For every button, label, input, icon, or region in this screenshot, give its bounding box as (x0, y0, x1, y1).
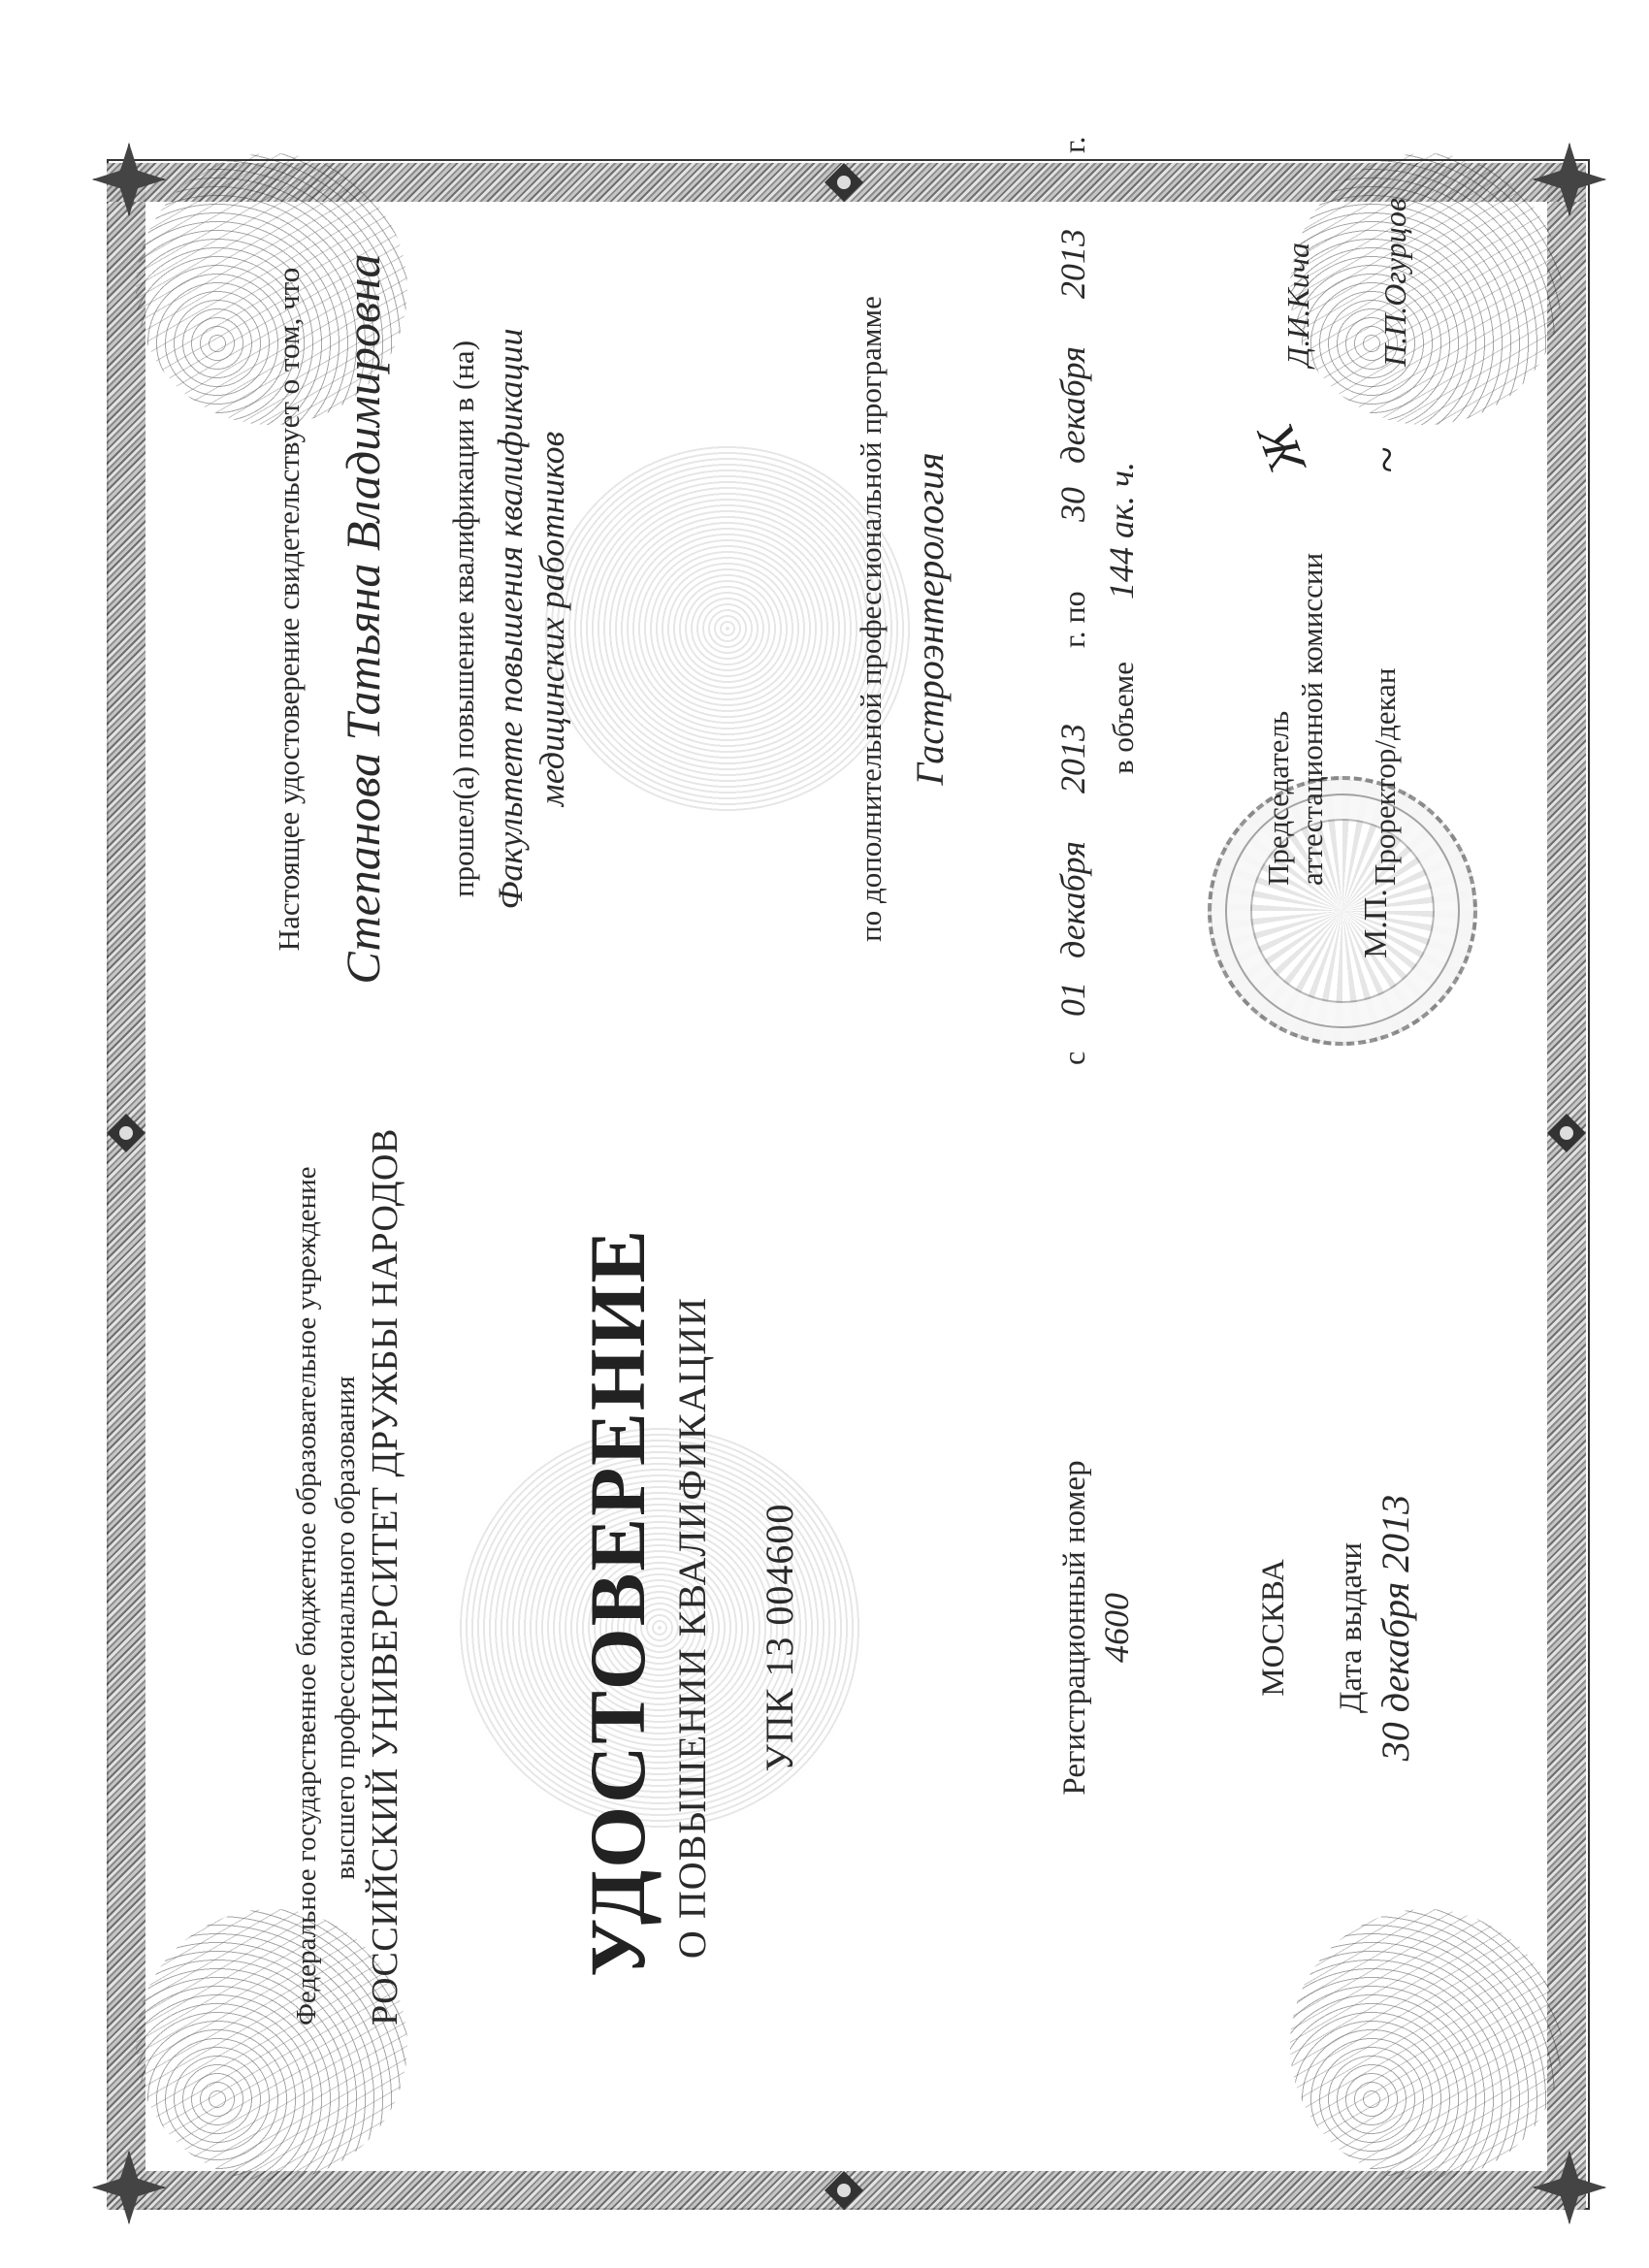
border-band-bottom (1547, 163, 1586, 2210)
holder-name: Степанова Татьяна Владимировна (335, 134, 391, 1104)
certificate-sheet: Федеральное государственное бюджетное об… (0, 0, 1649, 2268)
program-label: по дополнительной профессиональной прогр… (854, 134, 889, 1104)
program-name: Гастроэнтерология (907, 134, 953, 1104)
stamp-label: М.П. (1358, 889, 1395, 958)
passed-text: прошел(а) повышение квалификации в (на) (446, 134, 481, 1104)
period-to-month: декабря (1052, 299, 1093, 464)
chair-title-line-1: Председатель (1261, 711, 1296, 886)
issue-date-label: Дата выдачи (1334, 1308, 1370, 1948)
border-band-top (107, 163, 145, 2210)
official-seal-icon (1208, 776, 1477, 1046)
organization-line-1: Федеральное государственное бюджетное об… (291, 1230, 323, 2025)
period-from-day: 01 (1052, 958, 1093, 1017)
prorector-title: Проректор/декан (1368, 667, 1403, 886)
chair-title-line-2: аттестационной комиссии (1295, 553, 1330, 886)
volume-value: 144 ак. ч. (1101, 462, 1142, 599)
registration-label: Регистрационный номер (1057, 1308, 1093, 1948)
study-period: с01декабря2013г. по30декабря2013г. (1052, 136, 1093, 1065)
faculty-line-2: медицинских работников (532, 134, 572, 1104)
issue-date: 30 декабря 2013 (1373, 1308, 1418, 1948)
period-middle: г. по (1056, 522, 1092, 648)
faculty-line-1: Факультете повышения квалификации (490, 134, 531, 1104)
certificate-number: УПК 13 004600 (757, 1424, 802, 1851)
period-from-month: декабря (1052, 794, 1093, 958)
volume-label: в объеме (1106, 662, 1141, 774)
certificate-subtitle: О ПОВЫШЕНИИ КВАЛИФИКАЦИИ (669, 1279, 715, 1977)
period-from-prefix: с (1056, 1017, 1092, 1065)
period-to-year: 2013 (1052, 153, 1093, 299)
guilloche-ornament-icon (1290, 153, 1562, 425)
chair-name: Д.И.Кича (1280, 243, 1316, 367)
city: МОСКВА (1256, 1308, 1292, 1948)
period-to-day: 30 (1052, 464, 1093, 522)
guilloche-ornament-icon (1290, 1909, 1562, 2181)
registration-number: 4600 (1096, 1308, 1137, 1948)
period-suffix: г. (1056, 136, 1092, 153)
prorector-name: П.П.Огурцов (1377, 198, 1413, 367)
organization-line-2: высшего профессионального образования (330, 1230, 362, 2025)
period-from-year: 2013 (1052, 648, 1093, 794)
certificate-title: УДОСТОВЕРЕНИЕ (572, 1279, 663, 1977)
signature-icon: ~ (1358, 447, 1414, 473)
intro-text: Настоящее удостоверение свидетельствует … (272, 211, 307, 1007)
organization-name: РОССИЙСКИЙ УНИВЕРСИТЕТ ДРУЖБЫ НАРОДОВ (364, 1230, 406, 2025)
